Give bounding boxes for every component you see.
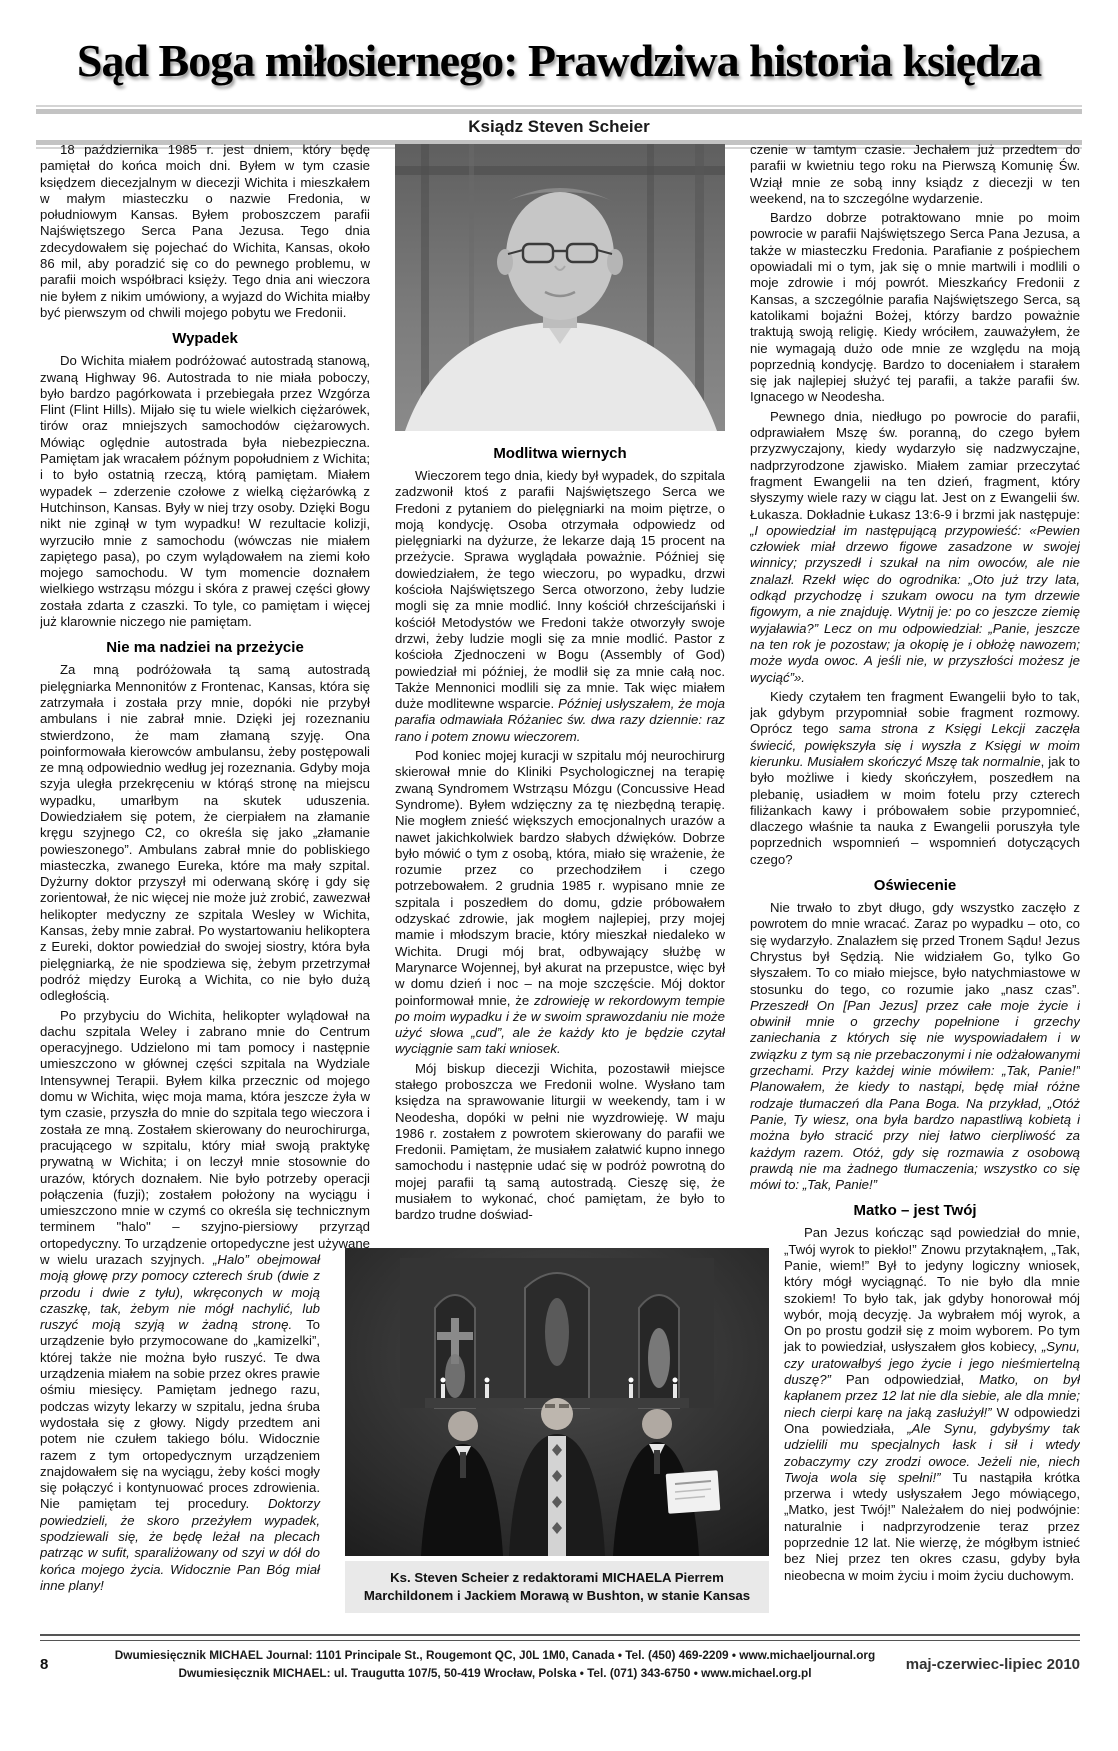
body-paragraph: Za mną podróżowała tą samą autostradą pi… bbox=[40, 662, 370, 1004]
body-paragraph: Po przybyciu do Wichita, helikopter wylą… bbox=[40, 1008, 370, 1595]
paragraph-text: czenie w tamtym czasie. Jechałem już prz… bbox=[750, 142, 1080, 206]
paragraph-text: Do Wichita miałem podróżować autostradą … bbox=[40, 353, 370, 629]
newspaper-page: Sąd Boga miłosiernego: Prawdziwa histori… bbox=[0, 0, 1118, 1751]
church-group-illustration bbox=[345, 1248, 769, 1556]
body-paragraph: Wieczorem tego dnia, kiedy był wypadek, … bbox=[395, 468, 725, 745]
photo-caption: Ks. Steven Scheier z redaktorami MICHAEL… bbox=[345, 1561, 769, 1613]
paragraph-text: „Twój wyrok to piekło!” Znowu przytaknął… bbox=[784, 1242, 1080, 1355]
paragraph-text: Pan odpowiedział, bbox=[846, 1372, 979, 1387]
column-1: 18 października 1985 r. jest dniem, któr… bbox=[40, 142, 370, 1634]
paragraph-text: Pewnego dnia, niedługo po powrocie do pa… bbox=[750, 409, 1080, 522]
body-paragraph: Do Wichita miałem podróżować autostradą … bbox=[40, 353, 370, 630]
heading-matko-jest-twoj: Matko – jest Twój bbox=[750, 1202, 1080, 1219]
issue-date: maj-czerwiec-lipiec 2010 bbox=[890, 1656, 1080, 1673]
column-3: czenie w tamtym czasie. Jechałem już prz… bbox=[750, 142, 1080, 1634]
publisher-address-line2: Dwumiesięcznik MICHAEL: ul. Traugutta 10… bbox=[100, 1665, 890, 1683]
page-title: Sąd Boga miłosiernego: Prawdziwa histori… bbox=[0, 34, 1118, 87]
paragraph-text: Tu nastąpiła krótka przerwa i wtedy usły… bbox=[784, 1470, 1080, 1583]
paragraph-text: Bardzo dobrze potraktowano mnie po moim … bbox=[750, 210, 1080, 404]
church-group-photo: Ks. Steven Scheier z redaktorami MICHAEL… bbox=[345, 1248, 769, 1613]
paragraph-text: Pan Jezus kończąc sąd powiedział do mnie… bbox=[804, 1225, 1080, 1240]
publisher-address-line1: Dwumiesięcznik MICHAEL Journal: 1101 Pri… bbox=[100, 1647, 890, 1665]
publisher-address-block: Dwumiesięcznik MICHAEL Journal: 1101 Pri… bbox=[100, 1647, 890, 1682]
body-paragraph: Nie trwało to zbyt długo, gdy wszystko z… bbox=[750, 900, 1080, 1193]
page-footer: 8 Dwumiesięcznik MICHAEL Journal: 1101 P… bbox=[40, 1634, 1080, 1682]
body-paragraph: Pod koniec mojej kuracji w szpitalu mój … bbox=[395, 748, 725, 1058]
paragraph-text-italic: Przeszedł On [Pan Jezus] przez całe moje… bbox=[750, 998, 1080, 1192]
body-paragraph: Pan Jezus kończąc sąd powiedział do mnie… bbox=[750, 1225, 1080, 1584]
footer-rule bbox=[40, 1634, 1080, 1641]
paragraph-text: Pod koniec mojej kuracji w szpitalu mój … bbox=[395, 748, 725, 1007]
body-paragraph: Mój biskup diecezji Wichita, pozostawił … bbox=[395, 1061, 725, 1224]
body-paragraph: Kiedy czytałem ten fragment Ewangelii by… bbox=[750, 689, 1080, 868]
paragraph-text: Nie trwało to zbyt długo, gdy wszystko z… bbox=[750, 900, 1080, 996]
divider-stripe bbox=[36, 109, 1082, 114]
paragraph-text: Wieczorem tego dnia, kiedy był wypadek, … bbox=[395, 468, 725, 711]
paragraph-text: Mój biskup diecezji Wichita, pozostawił … bbox=[395, 1061, 725, 1223]
paragraph-text: 18 października 1985 r. jest dniem, któr… bbox=[40, 142, 370, 320]
paragraph-text-italic: „I opowiedział im następującą przypowieś… bbox=[750, 523, 1080, 685]
article-subtitle: Ksiądz Steven Scheier bbox=[36, 116, 1082, 138]
body-paragraph: Bardzo dobrze potraktowano mnie po moim … bbox=[750, 210, 1080, 406]
priest-portrait-illustration bbox=[395, 144, 725, 431]
paragraph-text: Za mną podróżowała tą samą autostradą pi… bbox=[40, 662, 370, 1003]
paragraph-text: Po przybyciu do Wichita, helikopter wylą… bbox=[40, 1008, 370, 1267]
divider-stripe bbox=[36, 105, 1082, 107]
heading-wypadek: Wypadek bbox=[40, 330, 370, 347]
heading-modlitwa: Modlitwa wiernych bbox=[395, 445, 725, 462]
heading-nie-ma-nadziei: Nie ma nadziei na przeżycie bbox=[40, 639, 370, 656]
body-paragraph: czenie w tamtym czasie. Jechałem już prz… bbox=[750, 142, 1080, 207]
body-paragraph: 18 października 1985 r. jest dniem, któr… bbox=[40, 142, 370, 321]
paragraph-text: , jak to było możliwe i kiedy skończyłem… bbox=[750, 754, 1080, 867]
heading-oswiecenie: Oświecenie bbox=[750, 877, 1080, 894]
page-number: 8 bbox=[40, 1656, 100, 1673]
priest-portrait-photo bbox=[395, 144, 725, 431]
body-paragraph: Pewnego dnia, niedługo po powrocie do pa… bbox=[750, 409, 1080, 686]
paragraph-text: To urządzenie było przymocowane do „kami… bbox=[40, 1317, 320, 1511]
